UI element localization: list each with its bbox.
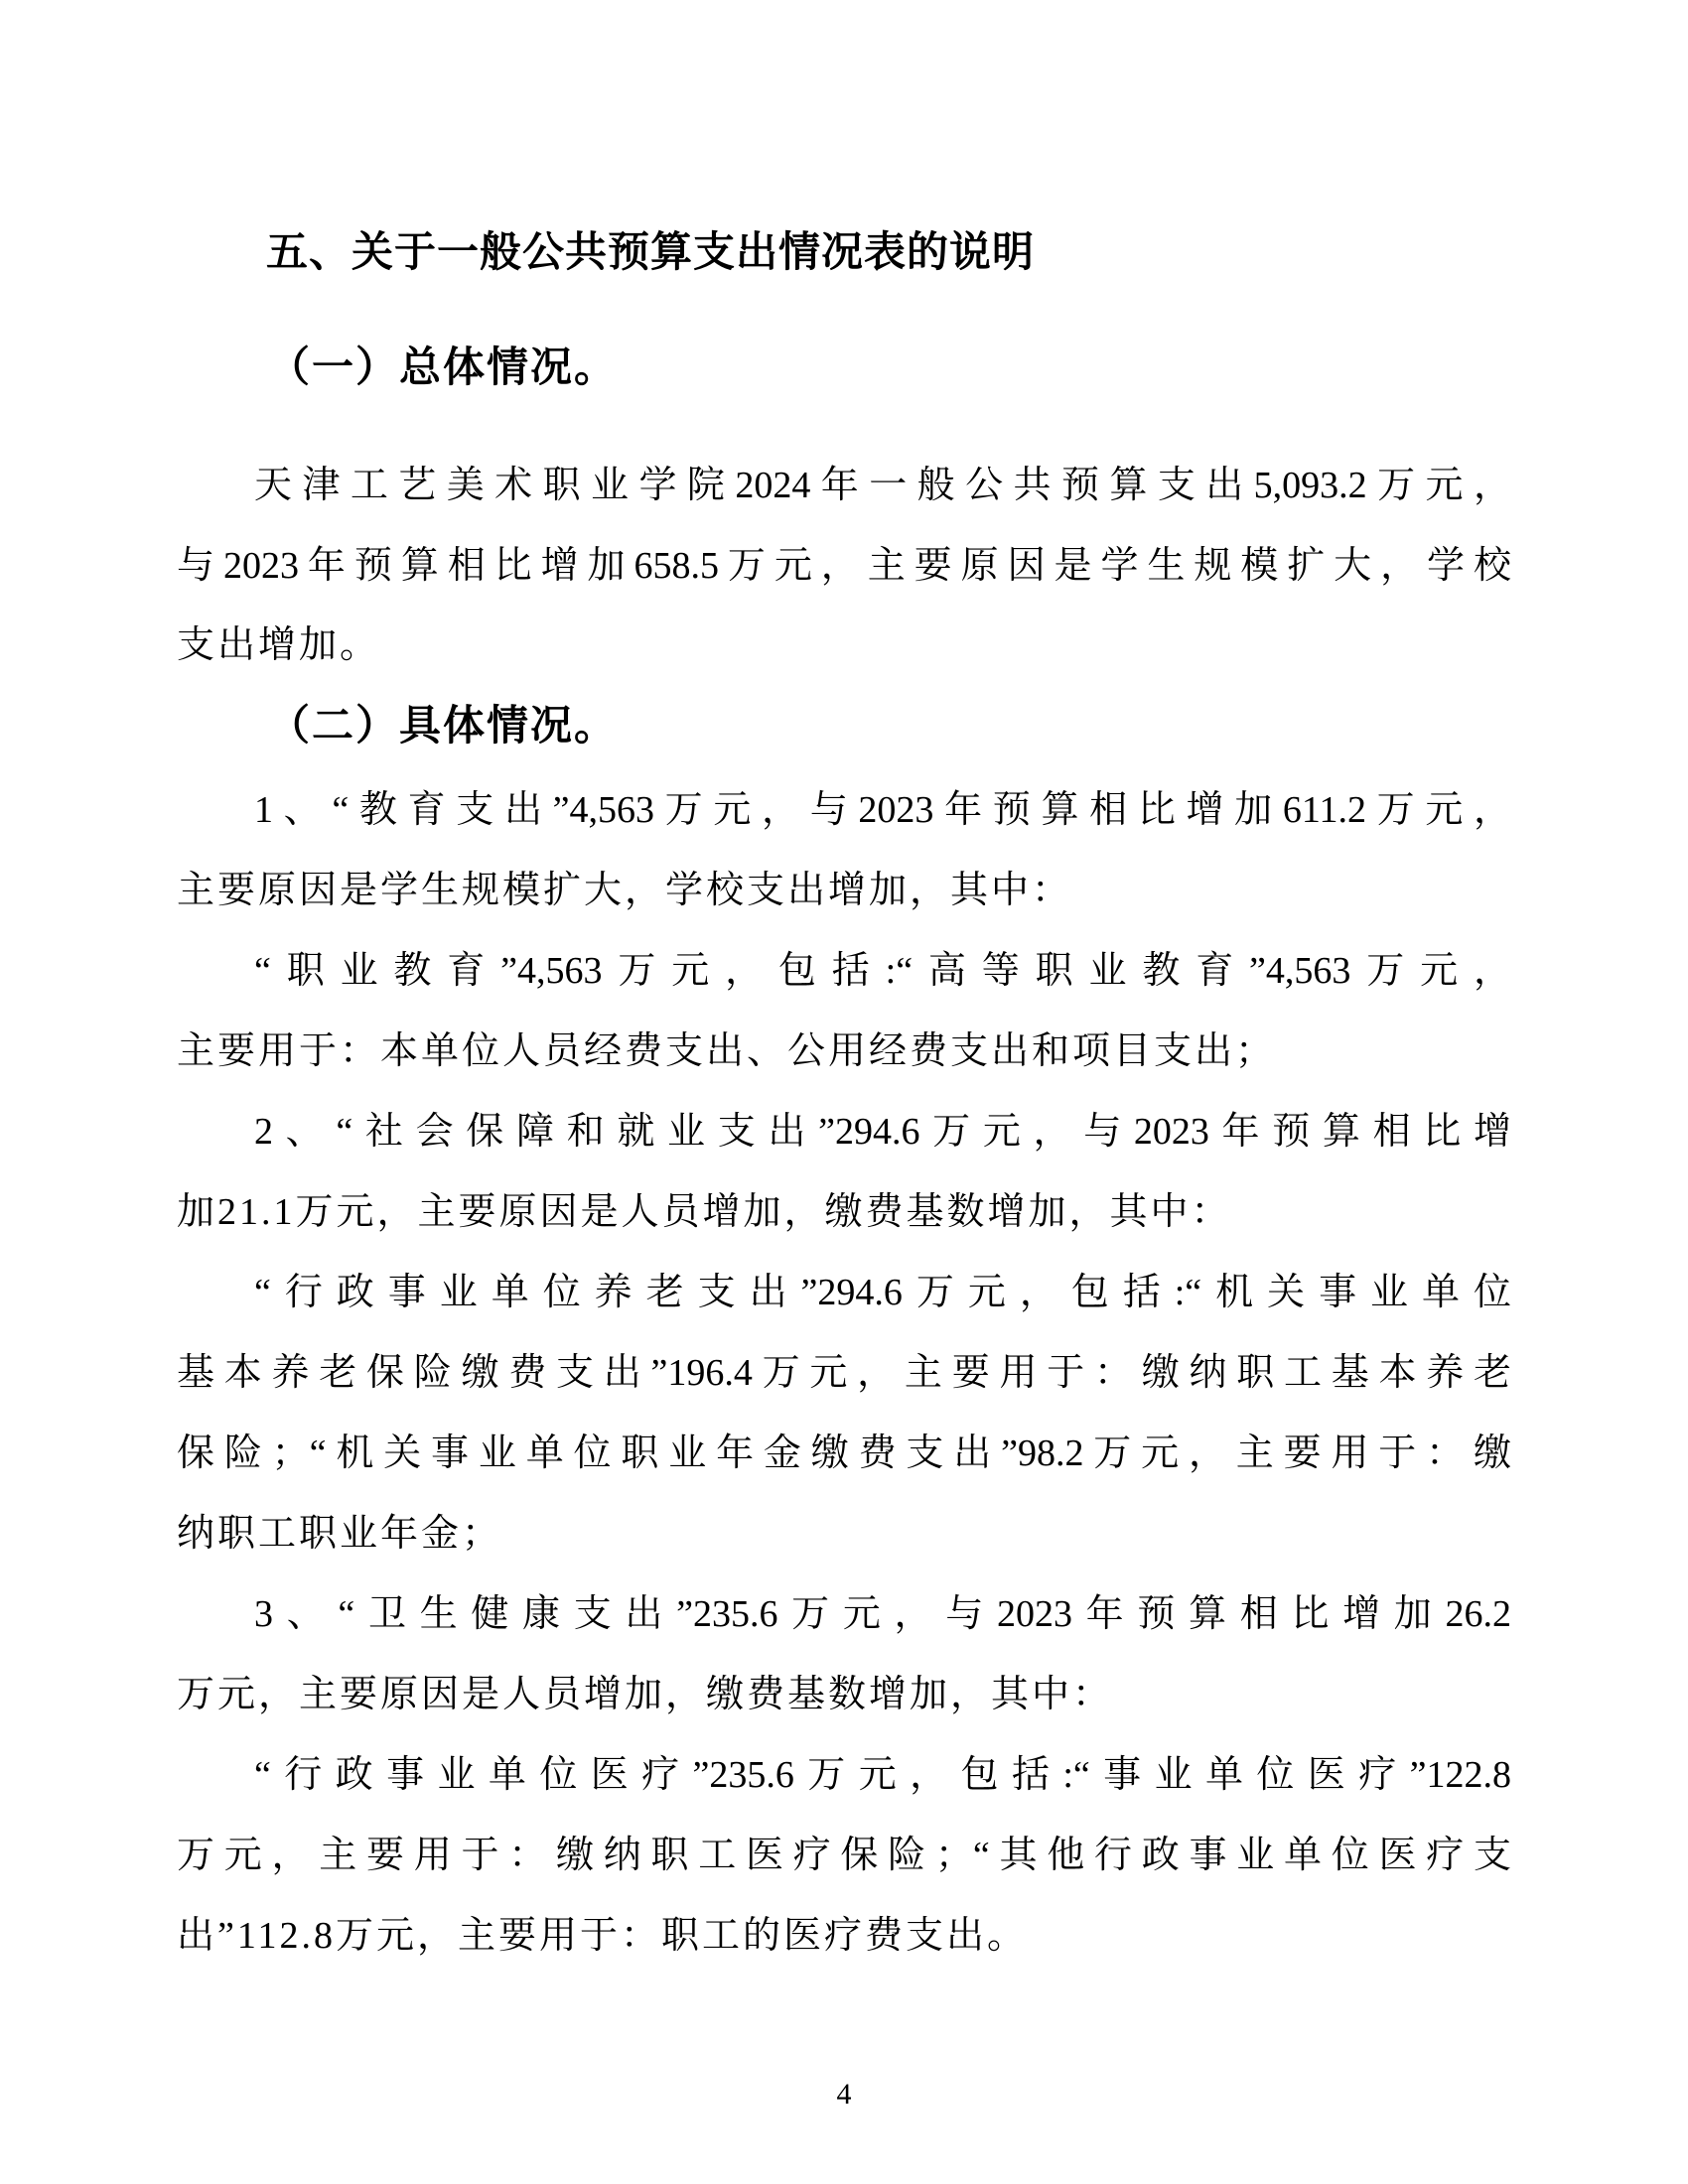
heading-detail: （二）具体情况。 xyxy=(268,697,618,756)
heading-overall: （一）总体情况。 xyxy=(268,339,618,398)
text-line: “行政事业单位养老支出”294.6万元，包括:“机关事业单位 xyxy=(177,1265,1511,1320)
document-page: 五、关于一般公共预算支出情况表的说明 （一）总体情况。 天津工艺美术职业学院20… xyxy=(0,0,1688,2184)
text-line: 纳职工职业年金； xyxy=(177,1506,1511,1562)
text-line: 保险；“机关事业单位职业年金缴费支出”98.2万元，主要用于：缴 xyxy=(177,1426,1511,1481)
text-line: 出”112.8万元，主要用于：职工的医疗费支出。 xyxy=(177,1908,1511,1964)
text-line: 主要用于：本单位人员经费支出、公用经费支出和项目支出； xyxy=(177,1024,1511,1079)
text-line: 基本养老保险缴费支出”196.4万元，主要用于：缴纳职工基本养老 xyxy=(177,1345,1511,1401)
page-number: 4 xyxy=(0,2073,1688,2116)
section-title: 五、关于一般公共预算支出情况表的说明 xyxy=(266,222,1035,282)
text-line: 与2023年预算相比增加658.5万元，主要原因是学生规模扩大，学校 xyxy=(177,538,1511,594)
text-line: 主要原因是学生规模扩大，学校支出增加，其中： xyxy=(177,863,1511,918)
text-line: “职业教育”4,563万元，包括:“高等职业教育”4,563万元， xyxy=(177,943,1511,999)
text-line: 支出增加。 xyxy=(177,617,1511,673)
text-line: 3、“卫生健康支出”235.6万元，与2023年预算相比增加26.2 xyxy=(177,1586,1511,1642)
text-line: 1、“教育支出”4,563万元，与2023年预算相比增加611.2万元， xyxy=(177,782,1511,838)
text-line: 加21.1万元，主要原因是人员增加，缴费基数增加，其中： xyxy=(177,1184,1511,1240)
text-line: 天津工艺美术职业学院2024年一般公共预算支出5,093.2万元， xyxy=(177,458,1511,513)
text-line: 万元，主要原因是人员增加，缴费基数增加，其中： xyxy=(177,1667,1511,1722)
text-line: “行政事业单位医疗”235.6万元，包括:“事业单位医疗”122.8 xyxy=(177,1747,1511,1803)
text-line: 万元，主要用于：缴纳职工医疗保险；“其他行政事业单位医疗支 xyxy=(177,1828,1511,1883)
text-line: 2、“社会保障和就业支出”294.6万元，与2023年预算相比增 xyxy=(177,1104,1511,1160)
